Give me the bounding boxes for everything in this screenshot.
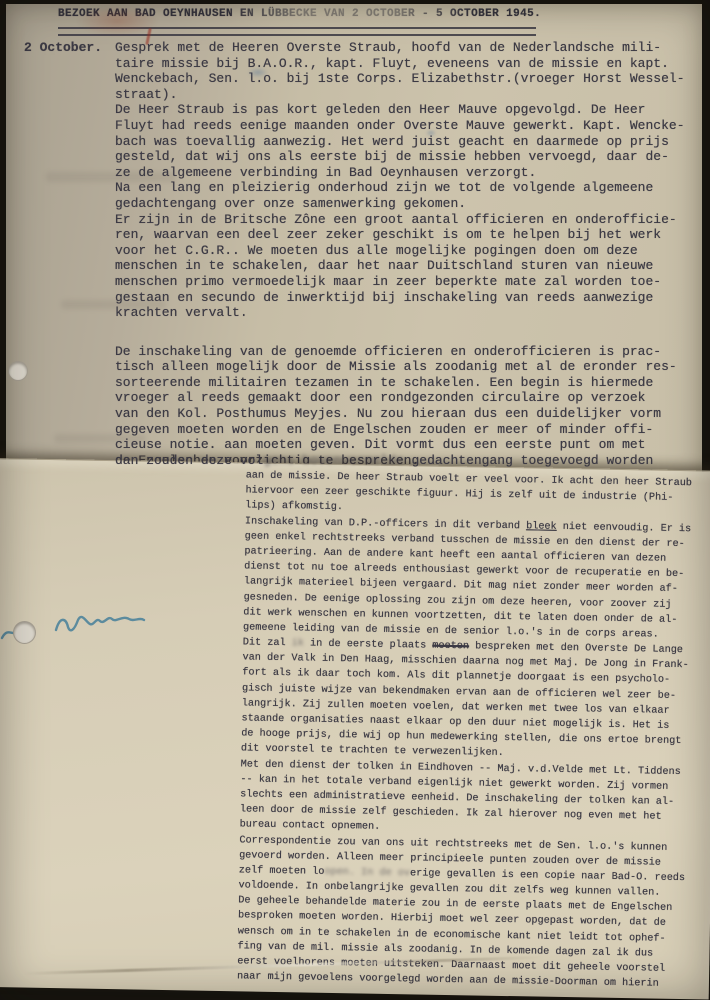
typewritten-line: bach was toevallig aanwezig. Het werd ju… [115, 134, 705, 150]
typewritten-line: gedachtengang over onze samenwerking gek… [115, 196, 705, 212]
typewritten-line: De Heer Straub is pas kort geleden den H… [115, 102, 705, 118]
typewritten-line: tisch alleen mogelijk door de Missie als… [115, 359, 705, 375]
text-segment: bespreken met den Overste De Lange [469, 641, 683, 656]
marked-text-segment: bleek [526, 521, 557, 533]
date-margin-label: 2 October. [24, 40, 102, 55]
marked-text-segment: moeten [432, 641, 469, 653]
punch-hole [13, 621, 36, 644]
typewritten-line: taire missie bij B.A.O.R., kapt. Fluyt, … [115, 56, 705, 72]
text-segment: zelf moeten lo [239, 865, 325, 877]
typewritten-line-at-fold: dan zouden deze volgens bovenvermelde ge… [115, 453, 705, 469]
text-segment: Dit zal [243, 637, 292, 649]
typewritten-line: straat). [115, 87, 705, 103]
text-segment: niet eenvoudig. Er is [557, 521, 692, 534]
typewritten-line: van den Kol. Posthumus Meyjes. Nu zou hi… [115, 406, 705, 422]
scanned-document: BEZOEK AAN BAD OEYNHAUSEN EN LÜBBECKE VA… [0, 0, 710, 1000]
typewritten-line: cieuse notie. aan moeten geven. Dit vorm… [115, 437, 705, 453]
typewritten-line: menschen primo vermoedelijk maar in zeer… [115, 274, 705, 290]
document-title: BEZOEK AAN BAD OEYNHAUSEN EN LÜBBECKE VA… [58, 8, 541, 20]
marked-text-segment: gens bovenvermelde [263, 453, 411, 468]
typewritten-line: sorteerende militairen tezamen in te sch… [115, 375, 705, 391]
typewritten-line: vroeger al reeds gemaakt door een rondge… [115, 390, 705, 406]
typewritten-line: gegeven moeten worden en de Engelschen z… [115, 422, 705, 438]
marked-text-segment: open. In de ov [324, 867, 410, 879]
punch-hole [8, 361, 28, 381]
typewritten-line [115, 321, 705, 344]
title-underline [58, 27, 536, 36]
typewritten-line: De inschakeling van de genoemde officier… [115, 344, 705, 360]
lower-text-block: aan de missie. De heer Straub voelt er v… [0, 459, 706, 995]
typewritten-line: Gesprek met de Heeren Overste Straub, ho… [115, 40, 705, 56]
typewritten-line: Fluyt had reeds eenige maanden onder Ove… [115, 118, 705, 134]
text-segment: gedachtengang toegevoegd worden [411, 453, 653, 468]
typewritten-line: gestaan en secundo de inwerktijd bij ins… [115, 290, 705, 306]
typewritten-line: menschen in te schakelen, daar het naar … [115, 258, 705, 274]
typewritten-line: voor het C.G.R.. We moeten dus alle moge… [115, 243, 705, 259]
typewritten-line: Na een lang en pleizierig onderhoud zijn… [115, 180, 705, 196]
text-segment: in de eerste plaats [304, 639, 433, 652]
typewritten-line: ren, waarvan een deel zeer zeker geschik… [115, 227, 705, 243]
typewritten-line: gesteld, dat wij ons als eerste bij de m… [115, 149, 705, 165]
typewritten-line: Er zijn in de Britsche Zône een groot aa… [115, 212, 705, 228]
marked-text-segment: ik [292, 638, 304, 649]
document-page-lower: aan de missie. De heer Straub voelt er v… [0, 458, 710, 1000]
text-segment: dan zouden deze vol [115, 453, 263, 468]
typewritten-line: Wenckebach, Sen. l.o. bij 1ste Corps. El… [115, 71, 705, 87]
typewritten-line: ze de algemeene verbinding in Bad Oeynha… [115, 165, 705, 181]
upper-text-block: Gesprek met de Heeren Overste Straub, ho… [115, 40, 705, 484]
typewritten-line: krachten vervalt. [115, 305, 705, 321]
